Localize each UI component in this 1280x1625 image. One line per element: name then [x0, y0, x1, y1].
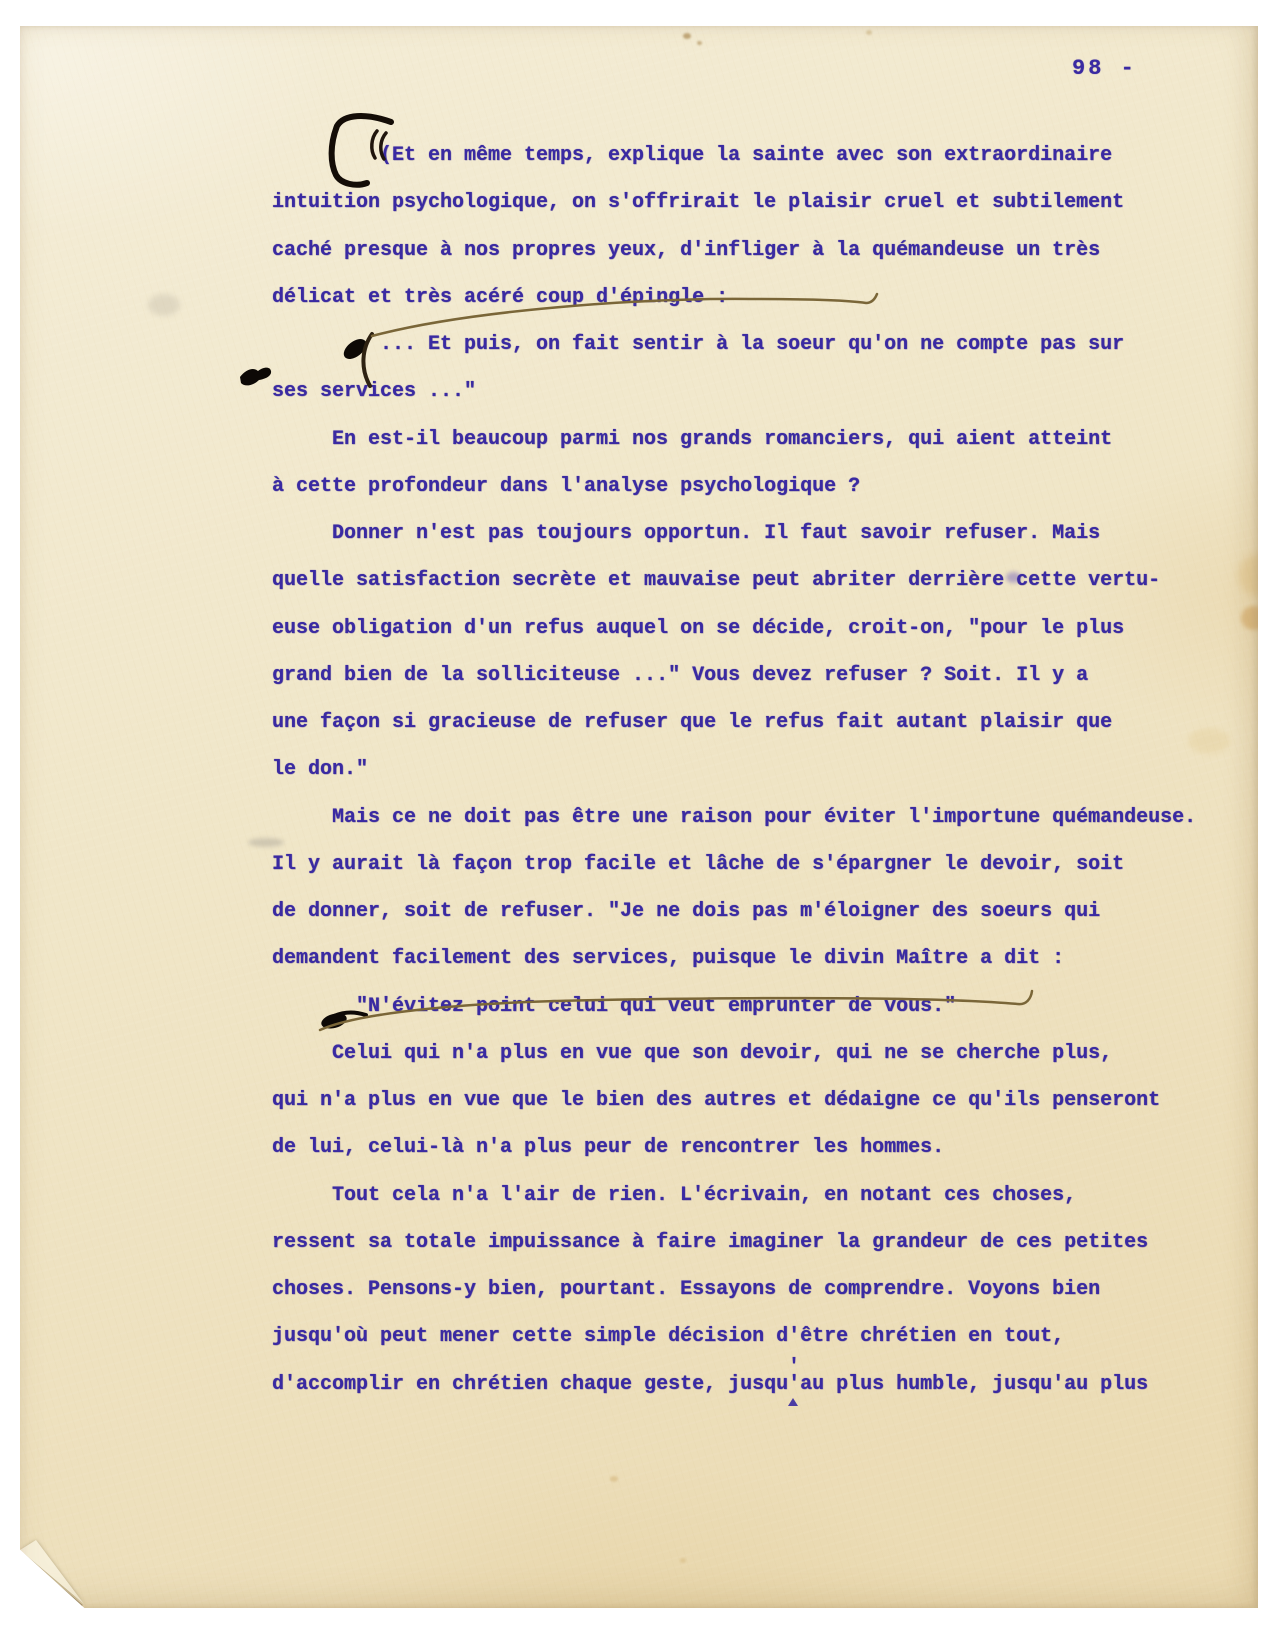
typed-line: caché presque à nos propres yeux, d'infl… — [272, 227, 1232, 274]
typed-line: Il y aurait là façon trop facile et lâch… — [272, 841, 1232, 888]
typed-line: à cette profondeur dans l'analyse psycho… — [272, 463, 1232, 510]
typed-line: grand bien de la solliciteuse ..." Vous … — [272, 652, 1232, 699]
folded-corner — [20, 1540, 84, 1606]
typed-line: Mais ce ne doit pas être une raison pour… — [272, 794, 1232, 841]
typed-line: qui n'a plus en vue que le bien des autr… — [272, 1077, 1232, 1124]
typed-line: En est-il beaucoup parmi nos grands roma… — [272, 416, 1232, 463]
paper-stain — [610, 1476, 618, 1482]
typed-line: demandent facilement des services, puisq… — [272, 935, 1232, 982]
typed-line: de lui, celui-là n'a plus peur de rencon… — [272, 1124, 1232, 1171]
typed-line: de donner, soit de refuser. "Je ne dois … — [272, 888, 1232, 935]
typed-line: d'accomplir en chrétien chaque geste, ju… — [272, 1361, 1232, 1408]
typed-line: euse obligation d'un refus auquel on se … — [272, 605, 1232, 652]
typed-line: Celui qui n'a plus en vue que son devoir… — [272, 1030, 1232, 1077]
typed-line: intuition psychologique, on s'offrirait … — [272, 179, 1232, 226]
typed-line: choses. Pensons-y bien, pourtant. Essayo… — [272, 1266, 1232, 1313]
typed-line: ressent sa totale impuissance à faire im… — [272, 1219, 1232, 1266]
inserted-apostrophe-mark: ' — [788, 1356, 800, 1379]
typed-line: le don." — [272, 746, 1232, 793]
paper-stain — [866, 30, 872, 35]
paper-stain — [697, 41, 702, 45]
manuscript-page: 98 - (Et en même temps, explique la sain… — [20, 26, 1258, 1608]
typed-line: Tout cela n'a l'air de rien. L'écrivain,… — [272, 1172, 1232, 1219]
paper-stain — [683, 33, 691, 39]
page-number: 98 - — [1072, 56, 1137, 81]
typed-line: jusqu'où peut mener cette simple décisio… — [272, 1313, 1232, 1360]
typed-line: ... Et puis, on fait sentir à la soeur q… — [272, 321, 1232, 368]
typed-line: Donner n'est pas toujours opportun. Il f… — [272, 510, 1232, 557]
typed-line: (Et en même temps, explique la sainte av… — [272, 132, 1232, 179]
pencil-smudge — [148, 294, 180, 316]
typed-line: ses services ..." — [272, 368, 1232, 415]
typed-line: une façon si gracieuse de refuser que le… — [272, 699, 1232, 746]
typed-line: délicat et très acéré coup d'épingle : — [272, 274, 1232, 321]
typed-line: quelle satisfaction secrète et mauvaise … — [272, 557, 1232, 604]
ink-blob-mark-2 — [240, 368, 271, 386]
typed-line: "N'évitez point celui qui veut emprunter… — [272, 983, 1232, 1030]
paper-stain — [1238, 554, 1280, 596]
paper-stain — [680, 1558, 686, 1563]
insertion-caret-mark — [788, 1398, 798, 1406]
paper-stain — [1241, 606, 1267, 630]
typed-lines: (Et en même temps, explique la sainte av… — [272, 132, 1232, 1408]
